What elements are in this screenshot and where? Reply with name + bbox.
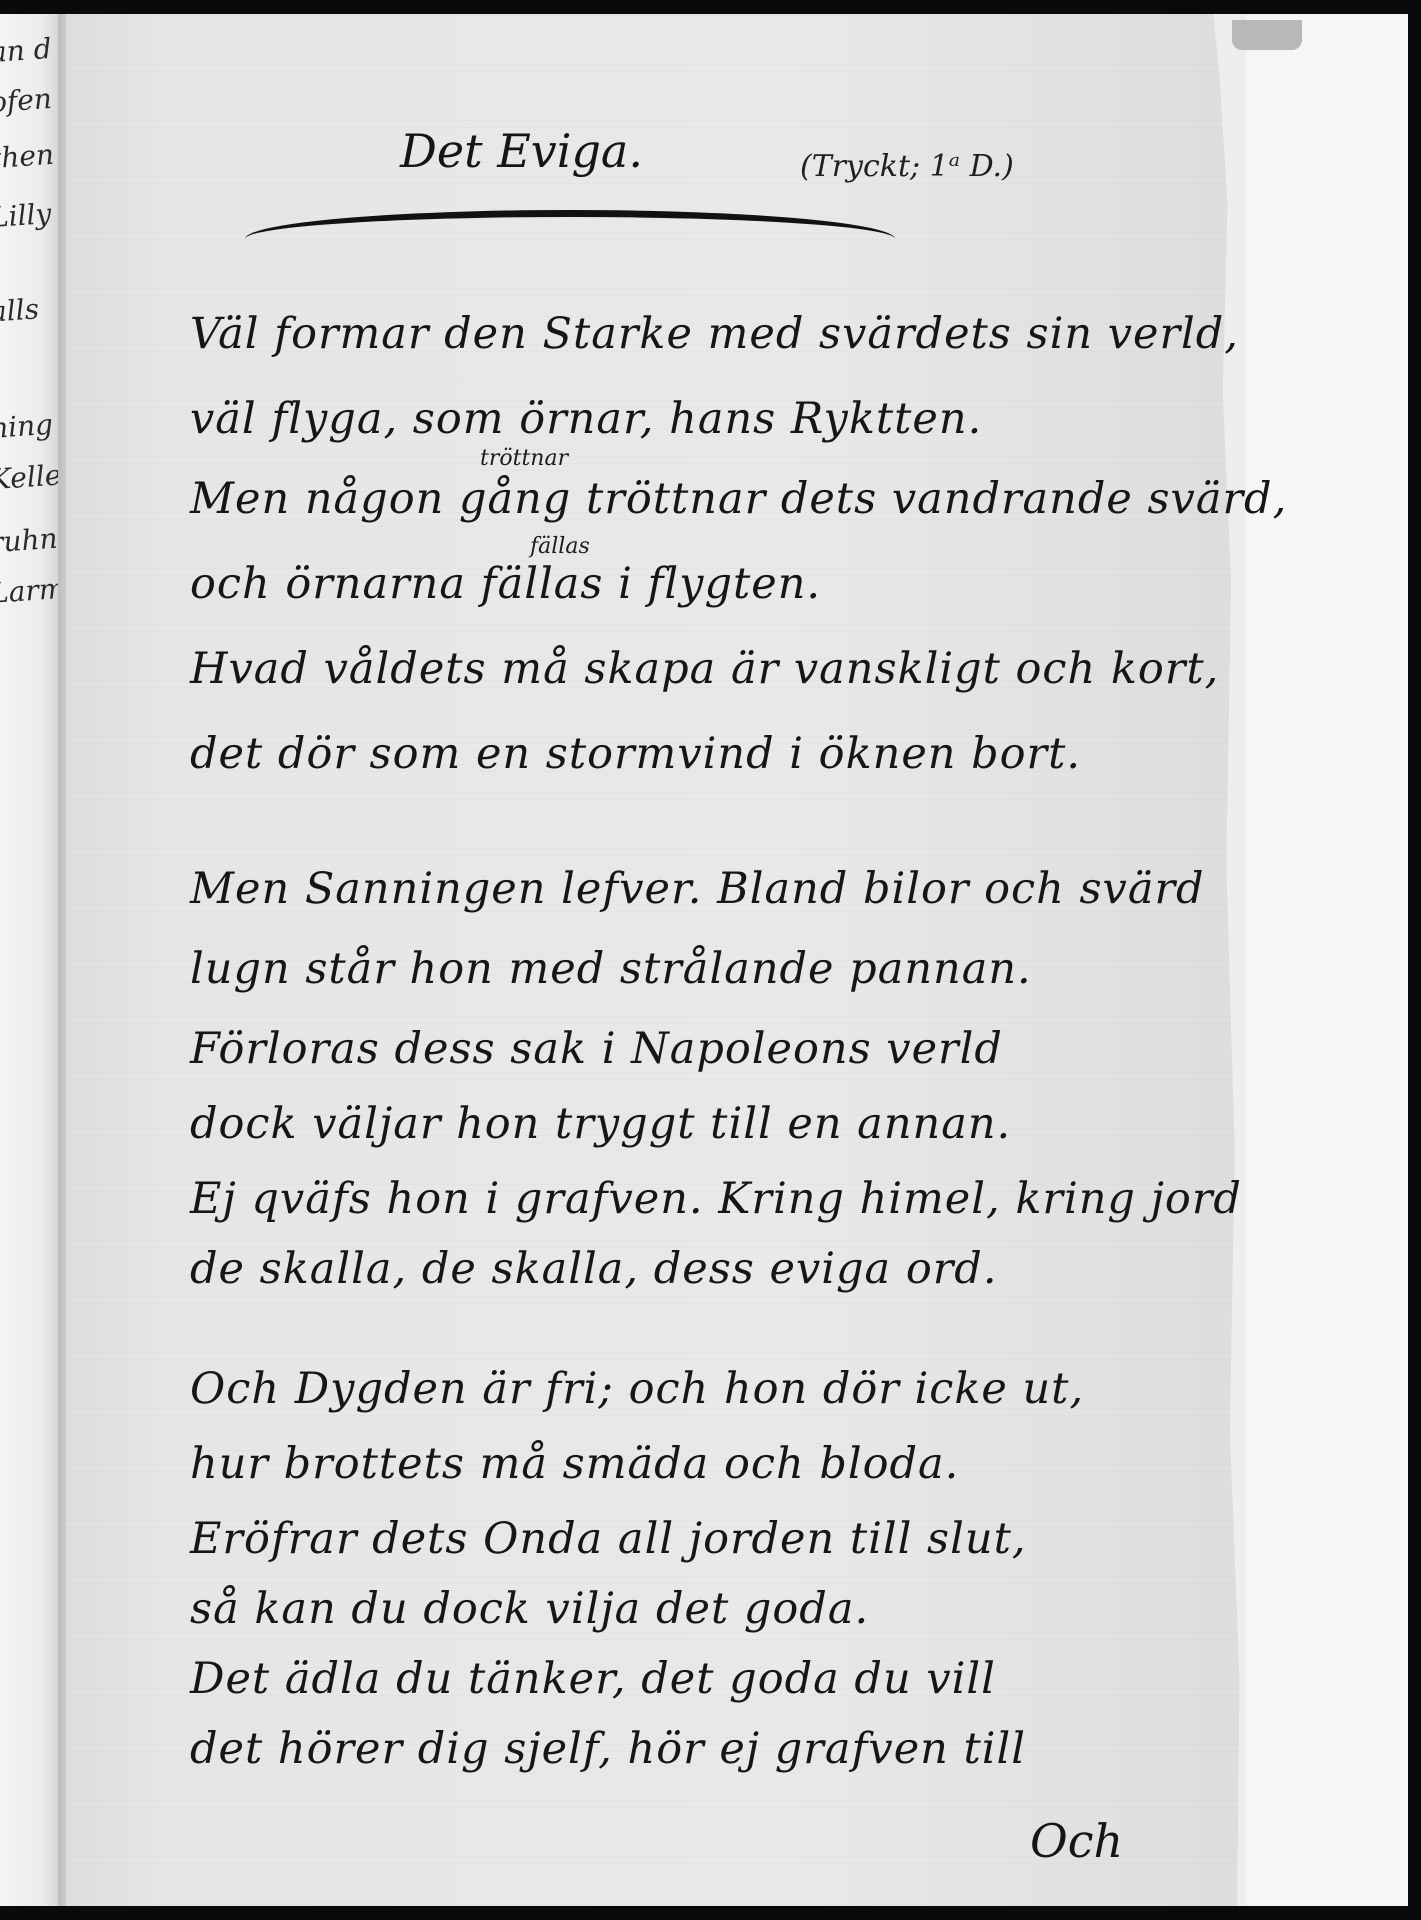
poem-line: Men någon gång tröttnar dets vandrande s… bbox=[190, 474, 1287, 524]
facing-page-fragment: alls bbox=[0, 292, 40, 328]
facing-page-fragment: Lilly bbox=[0, 197, 52, 234]
poem-line: Hvad våldets må skapa är vanskligt och k… bbox=[190, 644, 1219, 694]
poem-line: Ej qväfs hon i grafven. Kring himel, kri… bbox=[190, 1174, 1242, 1224]
interlinear-insertion: fällas bbox=[530, 534, 590, 559]
facing-page-fragment: Kelle lon bbox=[0, 455, 58, 497]
poem-line: Väl formar den Starke med svärdets sin v… bbox=[190, 309, 1239, 359]
background-surface bbox=[1246, 14, 1408, 1906]
poem-line: det dör som en stormvind i öknen bort. bbox=[190, 729, 1081, 779]
facing-page-fragment: ofen bbox=[0, 82, 53, 119]
photo-frame: an d ofen then ti Lilly alls ning a Kell… bbox=[0, 14, 1408, 1906]
facing-page-fragment: ning a bbox=[0, 406, 58, 445]
facing-page-fragment: an d bbox=[0, 32, 53, 69]
poem-line: Eröfrar dets Onda all jorden till slut, bbox=[190, 1514, 1027, 1564]
facing-page-fragment: Larm. bbox=[0, 571, 58, 610]
poem-line: hur brottets må smäda och bloda. bbox=[190, 1439, 959, 1489]
title-row: Det Eviga. bbox=[400, 124, 643, 178]
title-note: (Tryckt; 1ᵃ D.) bbox=[800, 149, 1014, 184]
poem-line: Men Sanningen lefver. Bland bilor och sv… bbox=[190, 864, 1205, 914]
poem-line: så kan du dock vilja det goda. bbox=[190, 1584, 869, 1634]
page-title: Det Eviga. bbox=[400, 124, 643, 178]
poem-line: Det ädla du tänker, det goda du vill bbox=[190, 1654, 996, 1704]
catchword: Och bbox=[1030, 1814, 1123, 1868]
poem-line: dock väljar hon tryggt till en annan. bbox=[190, 1099, 1011, 1149]
poem-line: de skalla, de skalla, dess eviga ord. bbox=[190, 1244, 998, 1294]
facing-page-fragment: then ti bbox=[0, 136, 58, 175]
poem-line: väl flyga, som örnar, hans Ryktten. bbox=[190, 394, 982, 444]
interlinear-insertion: tröttnar bbox=[480, 446, 568, 471]
poem-line: lugn står hon med strålande pannan. bbox=[190, 944, 1032, 994]
facing-page-fragment: ruhn bbox=[0, 522, 58, 560]
poem-line: och örnarna fällas i flygten. bbox=[190, 559, 821, 609]
poem-line: Och Dygden är fri; och hon dör icke ut, bbox=[190, 1364, 1084, 1414]
poem-line: Förloras dess sak i Napoleons verld bbox=[190, 1024, 1003, 1074]
page-clip bbox=[1232, 20, 1302, 50]
facing-page-edge: an d ofen then ti Lilly alls ning a Kell… bbox=[0, 14, 58, 1906]
poem-line: det hörer dig sjelf, hör ej grafven till bbox=[190, 1724, 1026, 1774]
